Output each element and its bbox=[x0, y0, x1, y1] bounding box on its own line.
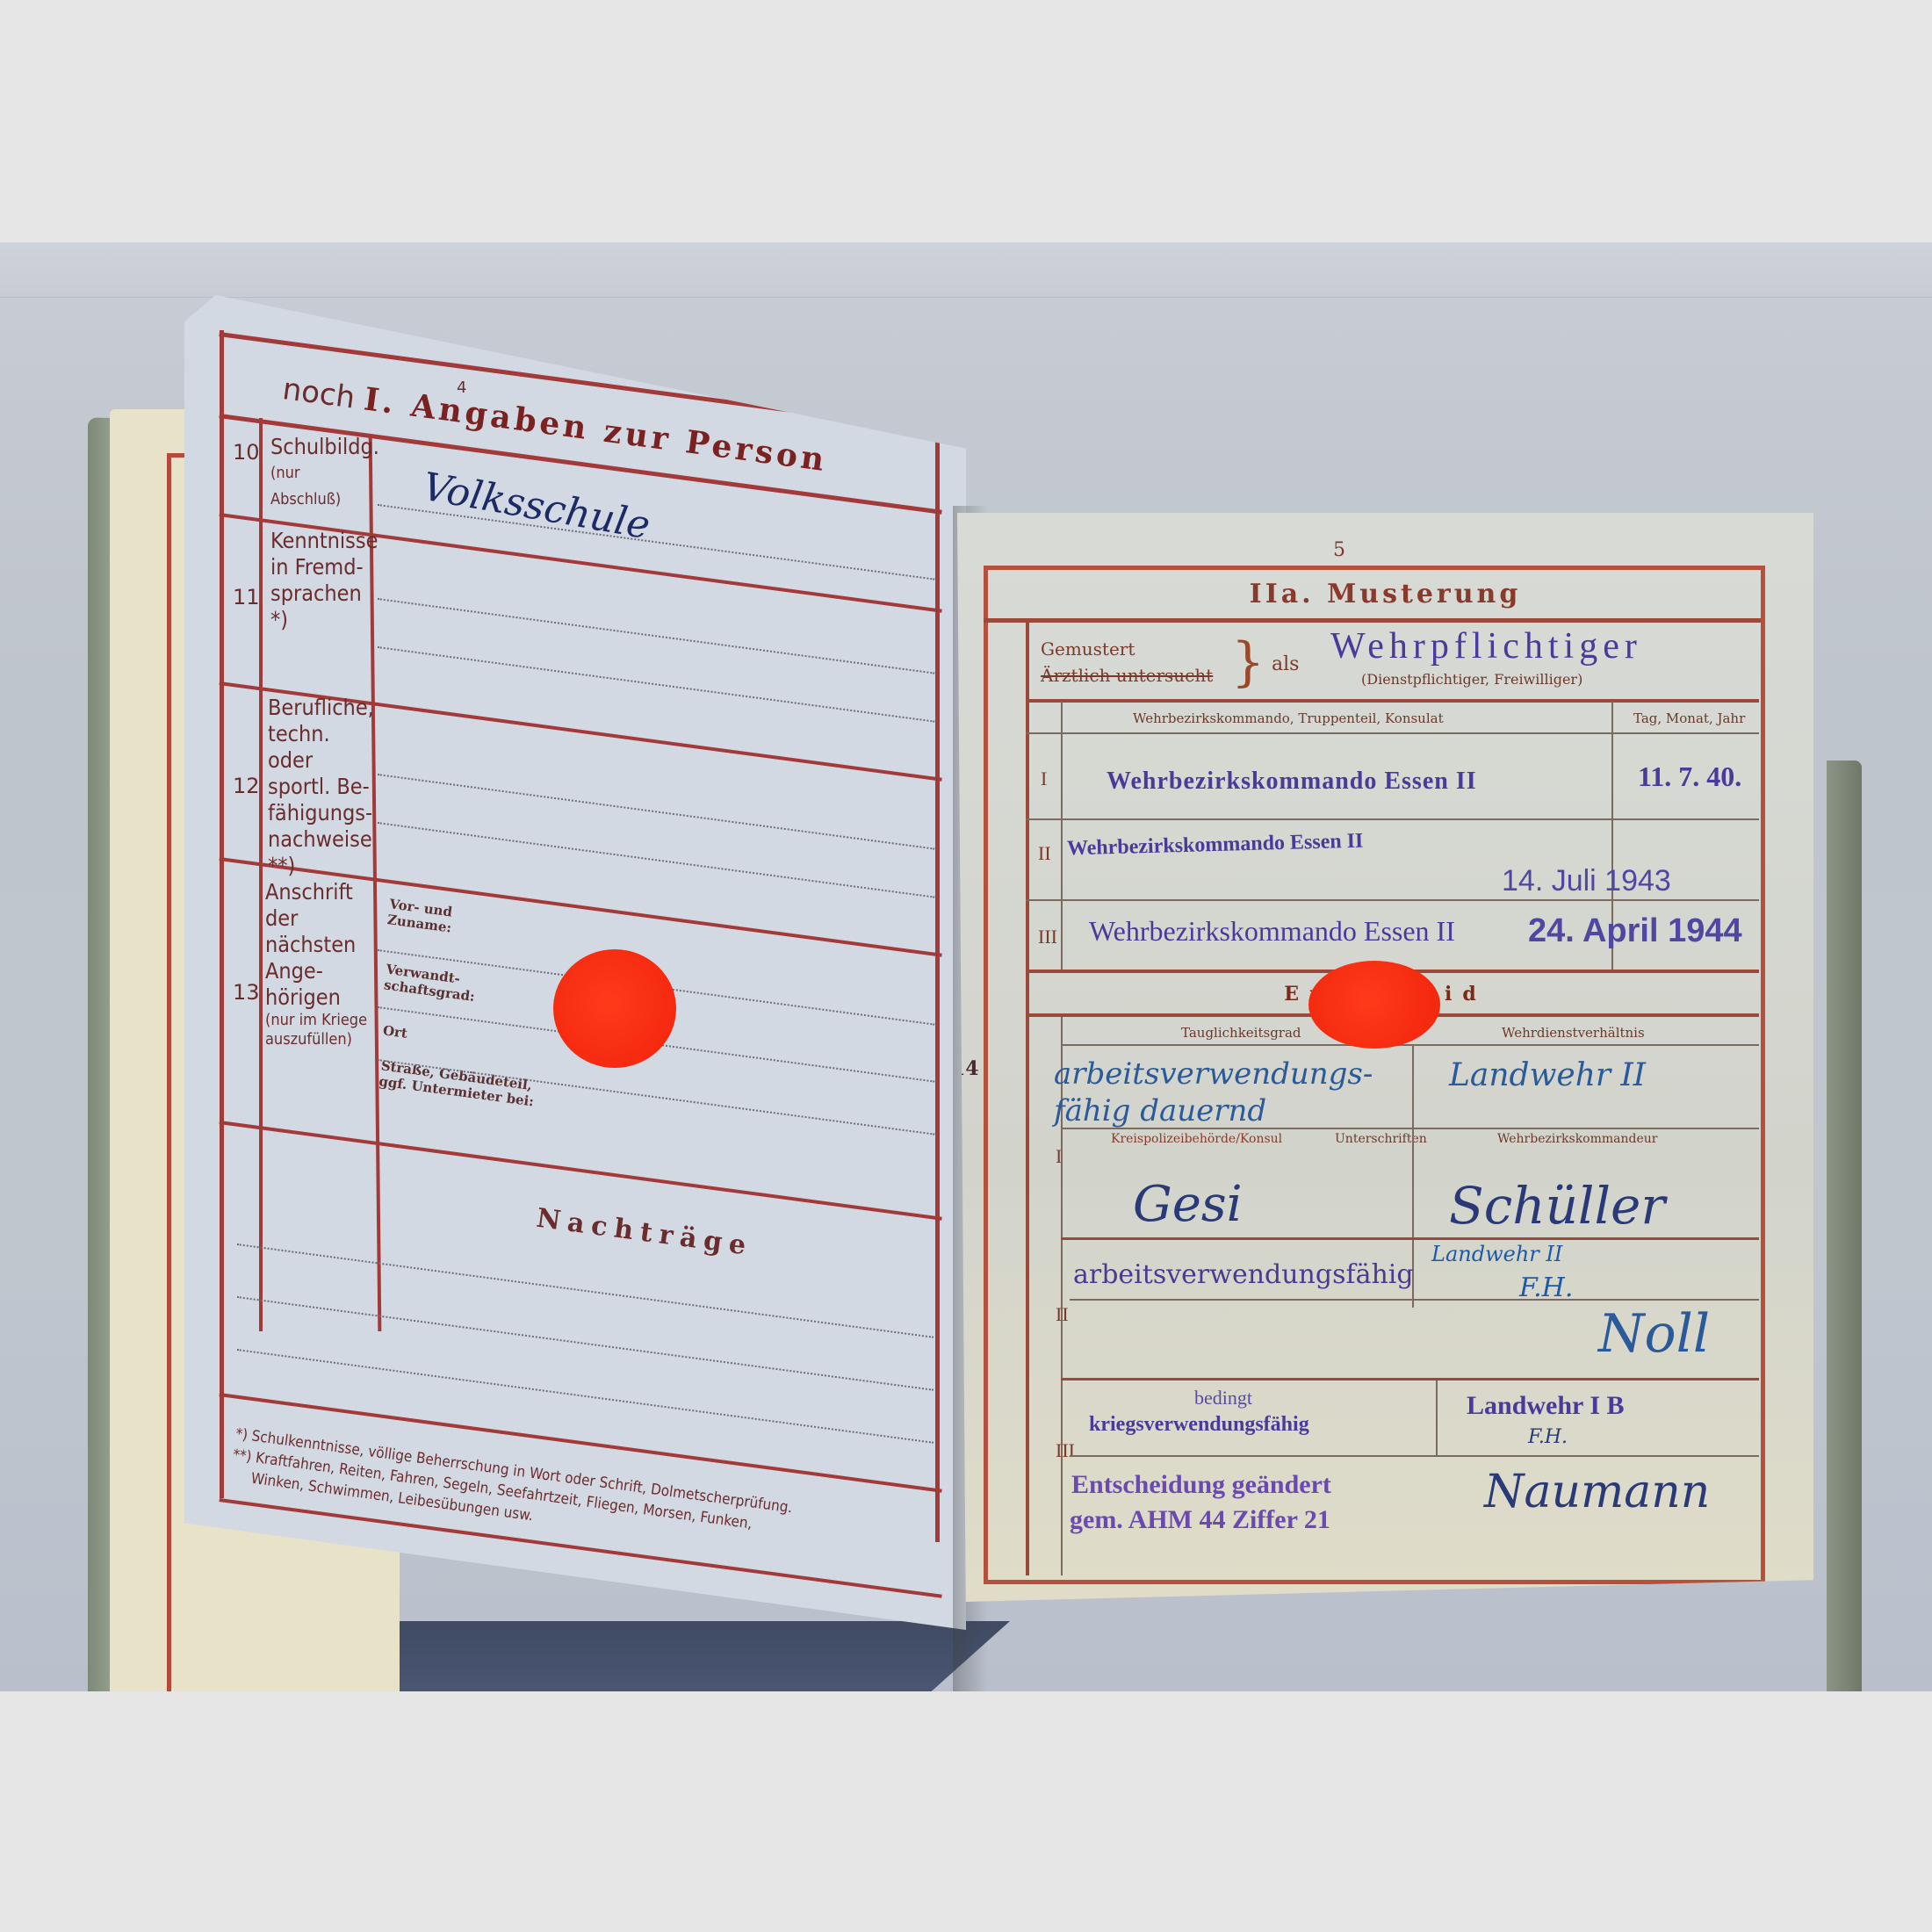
row-11-label: Kenntnisse in Fremd-sprachen *) bbox=[270, 528, 371, 633]
decision-2-tauglichkeit: arbeitsverwendungsfähig bbox=[1073, 1259, 1414, 1290]
decision-1-tauglichkeit: arbeitsverwendungs-fähig dauernd bbox=[1054, 1056, 1440, 1129]
entry-1-unit: Wehrbezirkskommando Essen II bbox=[1107, 768, 1477, 796]
signature-commander-2: Noll bbox=[1598, 1303, 1710, 1365]
header-date: Tag, Monat, Jahr bbox=[1633, 710, 1745, 726]
gemustert-label: Gemustert bbox=[1041, 638, 1135, 660]
header-wehrdienst: Wehrdienstverhältnis bbox=[1502, 1025, 1645, 1041]
als-label: als bbox=[1272, 653, 1299, 675]
decision-3-wehrdienst: Landwehr I B bbox=[1467, 1391, 1625, 1421]
decision-3-tauglichkeit: kriegsverwendungsfähig bbox=[1089, 1413, 1309, 1437]
struck-label: Ärztlich untersucht bbox=[1041, 665, 1213, 686]
sig-header-commander: Wehrbezirkskommandeur bbox=[1497, 1132, 1658, 1146]
signature-police: Gesi bbox=[1133, 1176, 1243, 1233]
conscription-status: Wehrpflichtiger bbox=[1330, 625, 1642, 667]
entry-2-roman: II bbox=[1038, 842, 1051, 865]
decision-changed-stamp-2: gem. AHM 44 Ziffer 21 bbox=[1070, 1505, 1330, 1535]
conscription-hint: (Dienstpflichtiger, Freiwilliger) bbox=[1361, 671, 1582, 688]
decision-3-note: F.H. bbox=[1528, 1426, 1568, 1448]
page-number: 4 bbox=[457, 378, 466, 397]
entry-1-roman: I bbox=[1041, 768, 1047, 790]
row-13-number: 13 bbox=[233, 980, 260, 1005]
redaction-mark bbox=[1308, 961, 1440, 1049]
row-10-number: 10 bbox=[233, 440, 260, 465]
row-12-label: Berufliche, techn. oder sportl. Be-fähig… bbox=[268, 695, 371, 879]
page-number: 5 bbox=[1333, 539, 1345, 561]
page-5: 5 IIa. Musterung Gemustert Ärztlich unte… bbox=[957, 513, 1813, 1602]
entry-3-date: 24. April 1944 bbox=[1528, 912, 1742, 950]
decision-3-bedingt: bedingt bbox=[1194, 1387, 1252, 1409]
header-unit: Wehrbezirkskommando, Truppenteil, Konsul… bbox=[1133, 710, 1444, 726]
table-edge bbox=[0, 242, 1932, 298]
decision-1-wehrdienst: Landwehr II bbox=[1449, 1057, 1646, 1093]
entry-2-date: 14. Juli 1943 bbox=[1502, 864, 1671, 898]
signature-commander-3: Naumann bbox=[1484, 1466, 1710, 1518]
page-4: noch I. Angaben zur Person 4 10 Schulbil… bbox=[184, 295, 966, 1630]
entry-1-date: 11. 7. 40. bbox=[1638, 761, 1741, 793]
brace: } bbox=[1231, 631, 1265, 693]
decision-changed-stamp-1: Entscheidung geändert bbox=[1071, 1470, 1331, 1500]
row-13-label: Anschrift der nächsten Ange-hörigen (nur… bbox=[265, 879, 371, 1049]
field-place-label: Ort bbox=[382, 1022, 408, 1042]
decision-1-roman: I bbox=[1056, 1145, 1062, 1168]
entry-3-roman: III bbox=[1038, 926, 1057, 948]
field-name-label: Vor- und Zuname: bbox=[386, 896, 469, 938]
entry-3-unit: Wehrbezirkskommando Essen II bbox=[1089, 915, 1455, 948]
decision-2-roman: II bbox=[1056, 1303, 1069, 1326]
signature-commander-1: Schüller bbox=[1449, 1176, 1665, 1236]
field-street-label: Straße, Gebäudeteil, ggf. Untermieter be… bbox=[378, 1057, 538, 1109]
decision-2-wehrdienst: Landwehr II bbox=[1431, 1242, 1562, 1266]
document-photo: noch I. Angaben zur Person 4 10 Schulbil… bbox=[0, 242, 1932, 1691]
decision-3-roman: III bbox=[1056, 1439, 1075, 1462]
field-relation-label: Verwandt-schaftsgrad: bbox=[383, 962, 474, 1005]
sig-header-police: Kreispolizeibehörde/Konsul bbox=[1111, 1132, 1282, 1146]
row-11-number: 11 bbox=[233, 585, 260, 609]
redaction-mark bbox=[553, 949, 676, 1068]
header-tauglichkeit: Tauglichkeitsgrad bbox=[1181, 1025, 1301, 1041]
row-10-label: Schulbildg. (nur Abschluß) bbox=[270, 434, 371, 513]
book-cover-right bbox=[1827, 761, 1862, 1691]
nachtraege-heading: Nachträge bbox=[535, 1203, 755, 1263]
section-title: IIa. Musterung bbox=[957, 579, 1813, 609]
row-12-number: 12 bbox=[233, 774, 260, 798]
